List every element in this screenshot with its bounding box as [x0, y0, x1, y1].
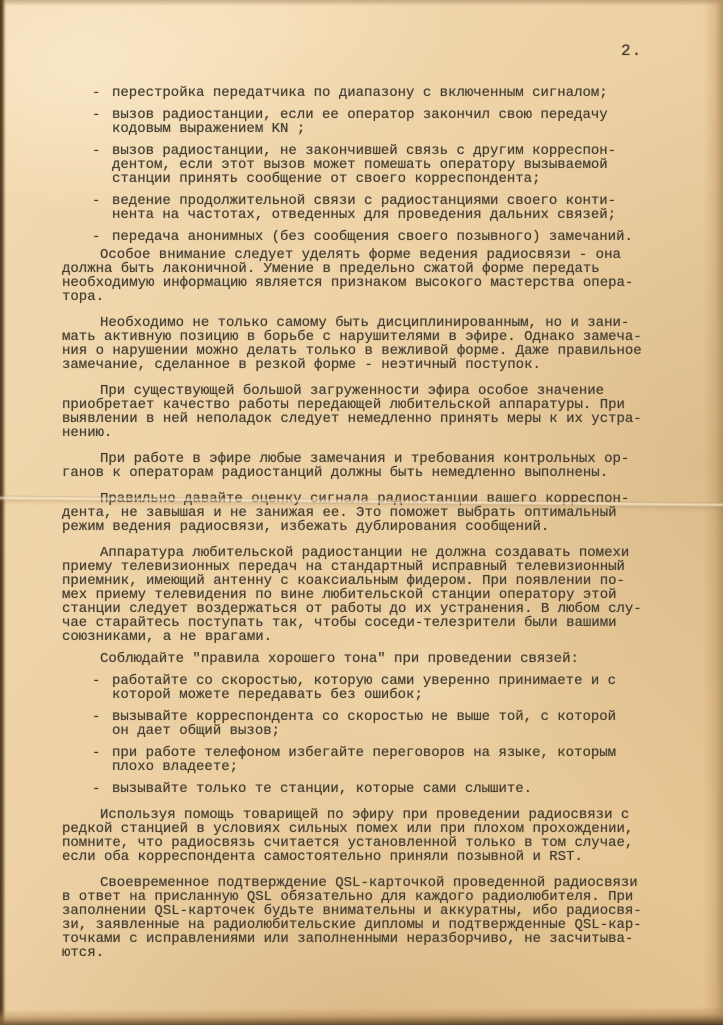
- list-item: - вызывайте только те станции, которые с…: [92, 782, 682, 796]
- list-item: - передача анонимных (без сообщения свое…: [92, 230, 682, 244]
- document-text: - перестройка передатчика по диапазону с…: [62, 78, 682, 960]
- prohibited-actions-list: - перестройка передатчика по диапазону с…: [62, 86, 682, 244]
- page-left-edge: [0, 0, 7, 1025]
- dash-bullet: -: [92, 144, 112, 186]
- paragraph: Особое внимание следует уделять форме ве…: [62, 248, 682, 304]
- list-item: - перестройка передатчика по диапазону с…: [92, 86, 682, 100]
- good-manners-rules-list: - работайте со скоростью, которую сами у…: [62, 674, 682, 796]
- list-item-text: передача анонимных (без сообщения своего…: [112, 230, 633, 244]
- page-bottom-edge: [0, 1006, 723, 1025]
- list-item: - работайте со скоростью, которую сами у…: [92, 674, 682, 702]
- paragraph: Используя помощь товарищей по эфиру при …: [62, 808, 682, 864]
- list-item: - вызывайте корреспондента со скоростью …: [92, 710, 682, 738]
- paragraph: Необходимо не только самому быть дисципл…: [62, 316, 682, 372]
- list-item: - при работе телефоном избегайте перегов…: [92, 746, 682, 774]
- dash-bullet: -: [92, 108, 112, 136]
- list-item-text: при работе телефоном избегайте переговор…: [112, 746, 616, 774]
- list-item: - вызов радиостанции, не закончившей свя…: [92, 144, 682, 186]
- paragraph: Своевременное подтверждение QSL-карточко…: [62, 876, 682, 960]
- list-item-text: вызывайте корреспондента со скоростью не…: [112, 710, 616, 738]
- list-item-text: вызов радиостанции, не закончившей связь…: [112, 144, 616, 186]
- list-item-text: работайте со скоростью, которую сами уве…: [112, 674, 616, 702]
- list-item-text: перестройка передатчика по диапазону с в…: [112, 86, 608, 100]
- list-item-text: вызывайте только те станции, которые сам…: [112, 782, 532, 796]
- paragraph: При существующей большой загруженности э…: [62, 384, 682, 440]
- page-right-edge: [703, 0, 723, 1025]
- paragraph: При работе в эфире любые замечания и тре…: [62, 452, 682, 480]
- dash-bullet: -: [92, 194, 112, 222]
- dash-bullet: -: [92, 746, 112, 774]
- dash-bullet: -: [92, 230, 112, 244]
- list-item-text: вызов радиостанции, если ее оператор зак…: [112, 108, 608, 136]
- rules-intro-line: Соблюдайте "правила хорошего тона" при п…: [62, 652, 682, 666]
- paragraph: Правильно давайте оценку сигнала радиост…: [62, 492, 682, 534]
- paragraph: Аппаратура любительской радиостанции не …: [62, 546, 682, 644]
- dash-bullet: -: [92, 674, 112, 702]
- scanned-document-page: 2. - перестройка передатчика по диапазон…: [0, 0, 723, 1025]
- list-item-text: ведение продолжительной связи с радиоста…: [112, 194, 616, 222]
- dash-bullet: -: [92, 710, 112, 738]
- dash-bullet: -: [92, 782, 112, 796]
- dash-bullet: -: [92, 86, 112, 100]
- page-top-edge: [0, 0, 723, 6]
- list-item: - вызов радиостанции, если ее оператор з…: [92, 108, 682, 136]
- list-item: - ведение продолжительной связи с радиос…: [92, 194, 682, 222]
- page-number: 2.: [621, 42, 642, 60]
